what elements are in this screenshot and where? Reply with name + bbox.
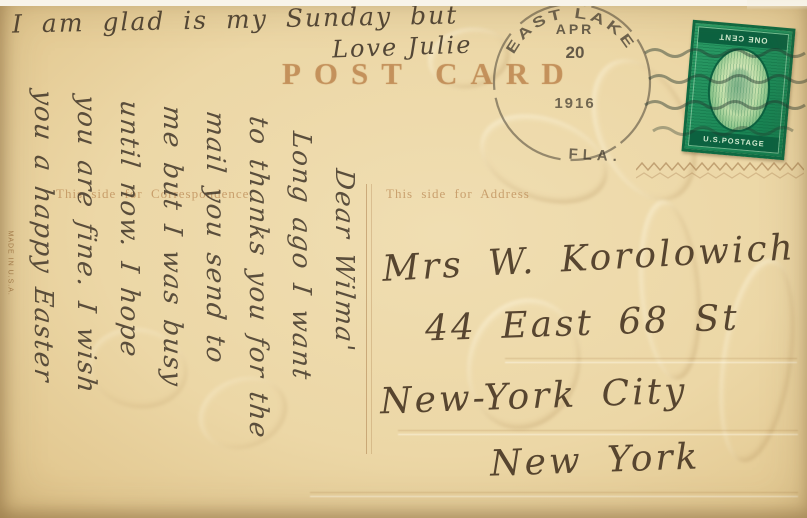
message-line: you a happy Easter [21, 87, 64, 484]
message-line: Dear Wilma' [322, 124, 365, 518]
message-line: you are fine. I wish [64, 93, 107, 490]
postmark-day: 20 [566, 43, 585, 62]
address-rule-line [310, 492, 798, 497]
scan-edge-top [0, 0, 807, 6]
address-rule-line [398, 430, 798, 435]
message-line: Long ago I want [279, 119, 322, 516]
cancellation-bars [615, 35, 807, 165]
message-line: to thanks you for the [236, 114, 279, 511]
address-recipient: Mrs W. Korolowich [381, 227, 797, 290]
address-side-label: This side for Address [386, 186, 530, 202]
made-in-credit: MADE IN U.S.A. [7, 231, 14, 317]
message-line: mail you send to [193, 108, 236, 505]
signature: Love Julie [332, 31, 473, 64]
address-rule-line [505, 358, 797, 363]
message-body: Dear Wilma' Long ago I want to thanks yo… [15, 87, 365, 518]
scan-edge-corner [747, 0, 807, 10]
address-state: New York [489, 436, 701, 484]
message-line: until now. I hope [107, 98, 150, 495]
postmark-year: 1916 [554, 95, 595, 112]
address-city: New-York City [379, 371, 688, 423]
postmark-month: APR [556, 21, 595, 37]
emboss-leaf [632, 198, 707, 383]
postcard-scan: POST CARD This side for Correspondence T… [0, 0, 807, 518]
message-line: me but I was busy [150, 103, 193, 500]
center-divider-line [366, 184, 372, 454]
